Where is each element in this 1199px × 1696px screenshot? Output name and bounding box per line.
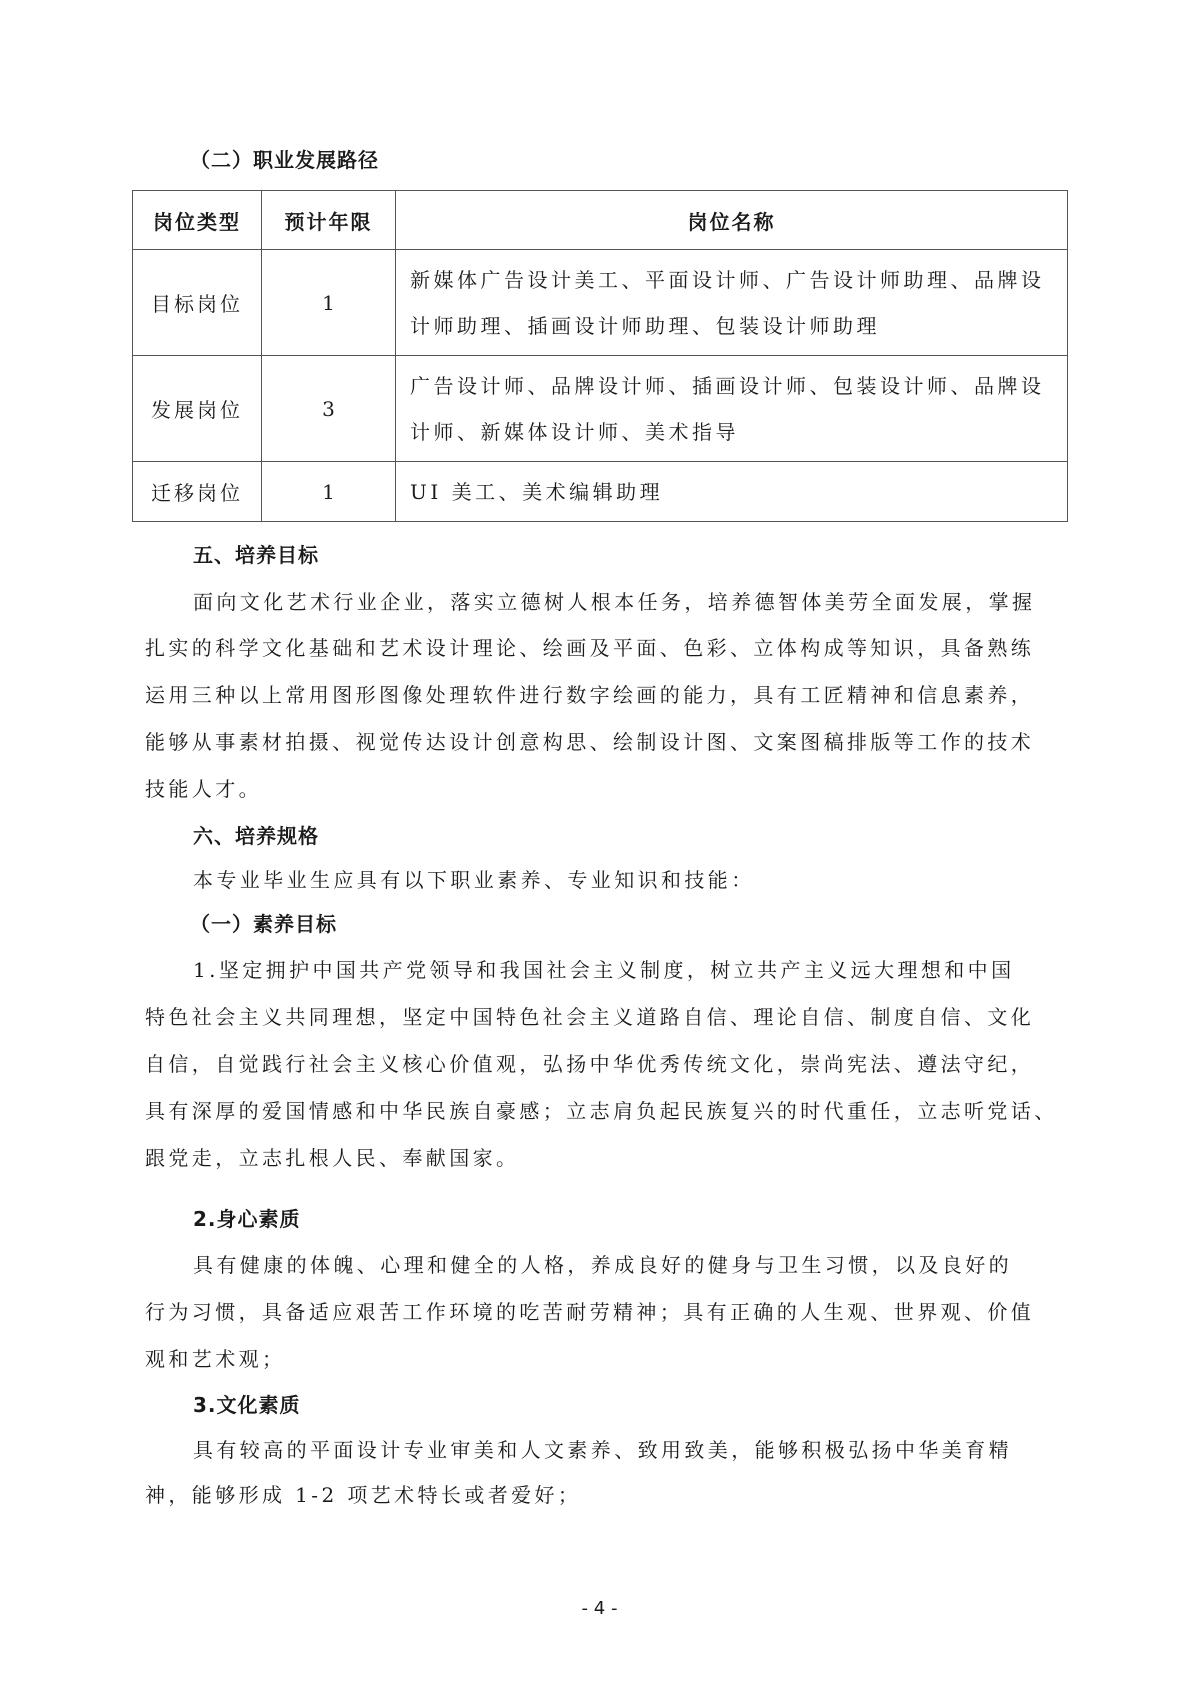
names-line: 计师、新媒体设计师、美术指导 xyxy=(410,409,1059,455)
section-heading-training-goals: 五、培养目标 xyxy=(193,532,1118,578)
item-heading-cultural: 3.文化素质 xyxy=(193,1382,1118,1428)
paragraph-line: 具有深厚的爱国情感和中华民族自豪感；立志肩负起民族复兴的时代重任，立志听党话、 xyxy=(145,1088,1070,1134)
cell-position-names: 新媒体广告设计美工、平面设计师、广告设计师助理、品牌设 计师助理、插画设计师助理… xyxy=(396,250,1068,356)
career-path-table: 岗位类型 预计年限 岗位名称 目标岗位 1 新媒体广告设计美工、平面设计师、广告… xyxy=(132,190,1068,522)
paragraph-line: 具有健康的体魄、心理和健全的人格，养成良好的健身与卫生习惯，以及良好的 xyxy=(193,1242,1118,1288)
cell-position-names: UI 美工、美术编辑助理 xyxy=(396,462,1068,522)
cell-years: 1 xyxy=(262,462,396,522)
header-position-names: 岗位名称 xyxy=(396,191,1068,250)
header-position-type: 岗位类型 xyxy=(133,191,262,250)
item-heading-physical-mental: 2.身心素质 xyxy=(193,1196,1118,1242)
paragraph-line: 本专业毕业生应具有以下职业素养、专业知识和技能： xyxy=(193,857,1118,903)
page-number: - 4 - xyxy=(0,1598,1199,1619)
cell-position-type: 目标岗位 xyxy=(133,250,262,356)
cell-years: 1 xyxy=(262,250,396,356)
paragraph-line: 具有较高的平面设计专业审美和人文素养、致用致美，能够积极弘扬中华美育精 xyxy=(193,1427,1118,1473)
paragraph-line: 能够从事素材拍摄、视觉传达设计创意构思、绘制设计图、文案图稿排版等工作的技术 xyxy=(145,719,1070,765)
subsection-heading-quality-goals: （一）素养目标 xyxy=(190,901,1115,947)
paragraph-line: 1.坚定拥护中国共产党领导和我国社会主义制度，树立共产主义远大理想和中国 xyxy=(193,947,1118,993)
names-line: 新媒体广告设计美工、平面设计师、广告设计师助理、品牌设 xyxy=(410,257,1059,303)
paragraph-line: 运用三种以上常用图形图像处理软件进行数字绘画的能力，具有工匠精神和信息素养， xyxy=(145,672,1070,718)
table-row: 迁移岗位 1 UI 美工、美术编辑助理 xyxy=(133,462,1068,522)
cell-years: 3 xyxy=(262,356,396,462)
names-line: 广告设计师、品牌设计师、插画设计师、包装设计师、品牌设 xyxy=(410,363,1059,409)
paragraph-line: 自信，自觉践行社会主义核心价值观，弘扬中华优秀传统文化，崇尚宪法、遵法守纪， xyxy=(145,1041,1070,1087)
table-row: 目标岗位 1 新媒体广告设计美工、平面设计师、广告设计师助理、品牌设 计师助理、… xyxy=(133,250,1068,356)
cell-position-type: 发展岗位 xyxy=(133,356,262,462)
paragraph-line: 观和艺术观； xyxy=(145,1336,1070,1382)
table-row: 发展岗位 3 广告设计师、品牌设计师、插画设计师、包装设计师、品牌设 计师、新媒… xyxy=(133,356,1068,462)
paragraph-line: 特色社会主义共同理想，坚定中国特色社会主义道路自信、理论自信、制度自信、文化 xyxy=(145,994,1070,1040)
cell-position-names: 广告设计师、品牌设计师、插画设计师、包装设计师、品牌设 计师、新媒体设计师、美术… xyxy=(396,356,1068,462)
paragraph-line: 行为习惯，具备适应艰苦工作环境的吃苦耐劳精神；具有正确的人生观、世界观、价值 xyxy=(145,1289,1070,1335)
paragraph-line: 神，能够形成 1-2 项艺术特长或者爱好； xyxy=(145,1472,1070,1518)
header-expected-years: 预计年限 xyxy=(262,191,396,250)
section-heading-training-specs: 六、培养规格 xyxy=(193,813,1118,859)
paragraph-line: 跟党走，立志扎根人民、奉献国家。 xyxy=(145,1135,1070,1181)
paragraph-line: 技能人才。 xyxy=(145,766,1070,812)
names-line: UI 美工、美术编辑助理 xyxy=(410,469,1059,515)
cell-position-type: 迁移岗位 xyxy=(133,462,262,522)
career-path-heading: （二）职业发展路径 xyxy=(190,137,1115,183)
names-line: 计师助理、插画设计师助理、包装设计师助理 xyxy=(410,303,1059,349)
paragraph-line: 扎实的科学文化基础和艺术设计理论、绘画及平面、色彩、立体构成等知识，具备熟练 xyxy=(145,625,1070,671)
table-header-row: 岗位类型 预计年限 岗位名称 xyxy=(133,191,1068,250)
paragraph-line: 面向文化艺术行业企业，落实立德树人根本任务，培养德智体美劳全面发展，掌握 xyxy=(193,579,1118,625)
